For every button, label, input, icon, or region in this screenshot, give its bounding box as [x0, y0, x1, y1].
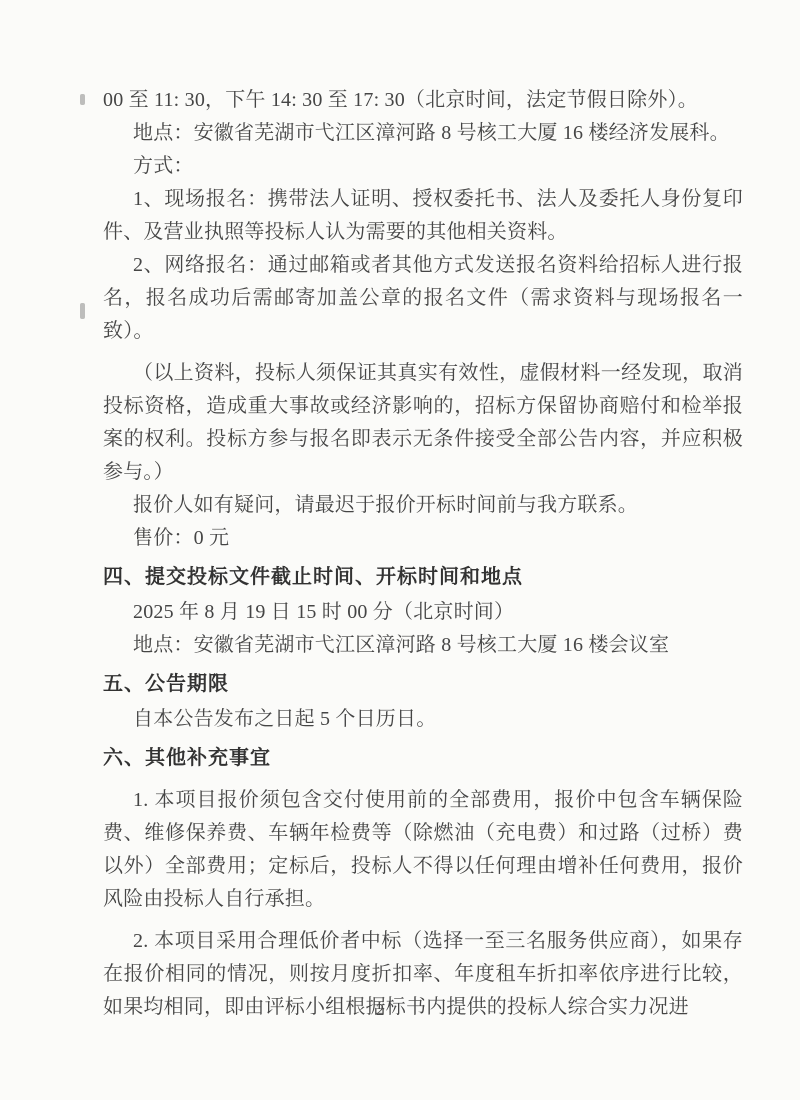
section-5-heading: 五、公告期限	[103, 668, 743, 701]
section-4-heading: 四、提交投标文件截止时间、开标时间和地点	[103, 561, 743, 594]
bid-opening-location-line: 地点：安徽省芜湖市弋江区漳河路 8 号核工大厦 16 楼会议室	[103, 629, 743, 662]
materials-validity-note-paragraph: （以上资料，投标人须保证其真实有效性，虚假材料一经发现，取消投标资格，造成重大事…	[103, 357, 743, 489]
onsite-registration-paragraph: 1、现场报名：携带法人证明、授权委托书、法人及委托人身份复印件、及营业执照等投标…	[103, 183, 743, 249]
supplement-item-1-paragraph: 1. 本项目报价须包含交付使用前的全部费用，报价中包含车辆保险费、维修保养费、车…	[103, 784, 743, 916]
deadline-datetime-line: 2025 年 8 月 19 日 15 时 00 分（北京时间）	[103, 596, 743, 629]
office-hours-continuation-line: 00 至 11: 30，下午 14: 30 至 17: 30（北京时间，法定节假…	[103, 84, 743, 117]
announcement-period-line: 自本公告发布之日起 5 个日历日。	[103, 703, 743, 736]
registration-location-line: 地点：安徽省芜湖市弋江区漳河路 8 号核工大厦 16 楼经济发展科。	[103, 117, 743, 150]
contact-before-opening-line: 报价人如有疑问，请最迟于报价开标时间前与我方联系。	[103, 489, 743, 522]
online-registration-paragraph: 2、网络报名：通过邮箱或者其他方式发送报名资料给招标人进行报名，报名成功后需邮寄…	[103, 249, 743, 348]
registration-method-label: 方式：	[103, 150, 743, 183]
price-line: 售价：0 元	[103, 522, 743, 555]
document-body: 00 至 11: 30，下午 14: 30 至 17: 30（北京时间，法定节假…	[103, 84, 743, 1024]
scan-artifact	[80, 303, 85, 319]
section-6-heading: 六、其他补充事宜	[103, 742, 743, 775]
page-number: 2	[0, 1000, 760, 1020]
scanned-document-page: 00 至 11: 30，下午 14: 30 至 17: 30（北京时间，法定节假…	[0, 0, 800, 1100]
scan-artifact	[80, 94, 85, 105]
